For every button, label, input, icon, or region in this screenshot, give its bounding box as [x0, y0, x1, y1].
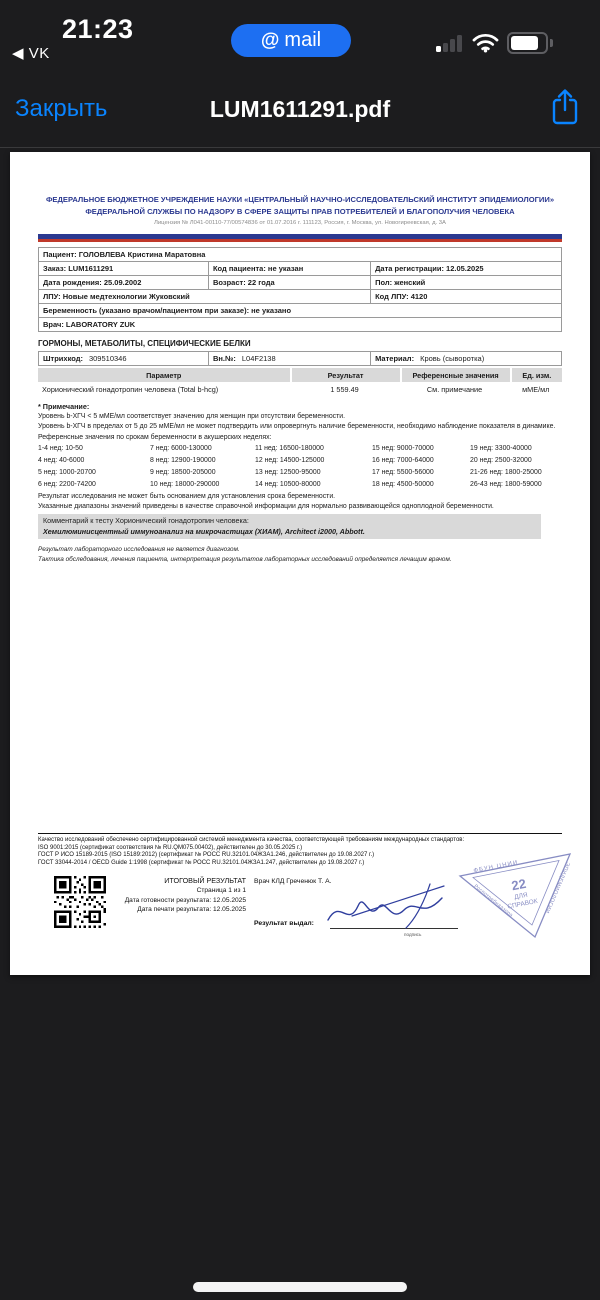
parameter-cell: Хорионический гонадотропин человека (Tot… — [38, 382, 290, 396]
home-indicator[interactable] — [193, 1282, 407, 1292]
table-row: Заказ: LUM1611291 Код пациента: не указа… — [39, 262, 562, 276]
status-time: 21:23 — [62, 14, 134, 45]
section-title: ГОРМОНЫ, МЕТАБОЛИТЫ, СПЕЦИФИЧЕСКИЕ БЕЛКИ — [38, 339, 562, 348]
page-info: Страница 1 из 1 — [116, 886, 246, 896]
internal-number-cell: Вн.№:L04F2138 — [208, 352, 370, 366]
ready-date: Дата готовности результата: 12.05.2025 — [116, 896, 246, 906]
material-cell: Материал:Кровь (сыворотка) — [371, 352, 562, 366]
organization-header: ФЕДЕРАЛЬНОЕ БЮДЖЕТНОЕ УЧРЕЖДЕНИЕ НАУКИ «… — [38, 194, 562, 217]
license-line: Лицензия № Л041-00110-77/00574836 от 01.… — [38, 220, 562, 226]
iphone-screen: 21:23 ◀ VK @ mail Закрыть — [0, 0, 600, 1300]
results-header-row: Параметр Результат Референсные значения … — [38, 368, 562, 382]
ref-range: 21-26 нед: 1800-25000 — [470, 467, 562, 479]
svg-text:Роспотребнадзора: Роспотребнадзора — [473, 883, 514, 918]
material-label: Материал: — [375, 354, 414, 363]
stamp-text-org: ФБУН ЦНИИ — [473, 860, 519, 875]
share-icon — [550, 88, 580, 126]
ref-range: 19 нед: 3300-40000 — [470, 443, 562, 455]
table-row: Врач: LABORATORY ZUK — [39, 318, 562, 332]
battery-icon — [507, 32, 548, 54]
ref-range: 18 нед: 4500-50000 — [372, 479, 470, 491]
ref-range: 1-4 нед: 10-50 — [38, 443, 150, 455]
note-line-2: Уровень b-ХГЧ в пределах от 5 до 25 мМЕ/… — [38, 422, 562, 431]
birth-date-cell: Дата рождения: 25.09.2002 — [39, 276, 209, 290]
barcode-cell: Штрихкод:309510346 — [39, 352, 209, 366]
lpu-code-cell: Код ЛПУ: 4120 — [371, 290, 562, 304]
ref-range: 5 нед: 1000-20700 — [38, 467, 150, 479]
pdf-viewer-toolbar: Закрыть LUM1611291.pdf — [0, 75, 600, 148]
material-value: Кровь (сыворотка) — [420, 354, 484, 363]
note-line-3: Референсные значения по срокам беременно… — [38, 433, 562, 442]
mail-at-icon: @ — [261, 30, 280, 52]
comment-title: Комментарий к тесту Хорионический гонадо… — [43, 516, 536, 527]
flag-red-band — [38, 239, 562, 242]
flag-stripe — [38, 234, 562, 242]
back-to-vk-chip[interactable]: ◀ VK — [12, 44, 50, 62]
ref-range: 8 нед: 12900-190000 — [150, 455, 255, 467]
patient-name-cell: Пациент: ГОЛОВЛЕВА Кристина Маратовна — [39, 248, 562, 262]
age-cell: Возраст: 22 года — [208, 276, 370, 290]
close-button[interactable]: Закрыть — [15, 95, 107, 123]
ref-range: 7 нед: 6000-130000 — [150, 443, 255, 455]
qr-code — [54, 876, 106, 928]
result-row: Хорионический гонадотропин человека (Tot… — [38, 382, 562, 396]
unit-cell: мМЕ/мл — [510, 382, 562, 396]
lpu-cell: ЛПУ: Новые медтехнологии Жуковский — [39, 290, 371, 304]
header-parameter: Параметр — [38, 368, 290, 382]
disclaimer-line-2: Тактика обследования, лечения пациента, … — [38, 555, 562, 564]
pregnancy-cell: Беременность (указано врачом/пациентом п… — [39, 304, 562, 318]
table-row: Штрихкод:309510346 Вн.№:L04F2138 Материа… — [39, 352, 562, 366]
note-title: * Примечание: — [38, 402, 562, 411]
sample-info-table: Штрихкод:309510346 Вн.№:L04F2138 Материа… — [38, 351, 562, 366]
header-unit: Ед. изм. — [510, 368, 562, 382]
triangle-stamp: ФБУН ЦНИИ ЭПИДЕМИОЛОГИИ Роспотребнадзора… — [450, 846, 582, 944]
reference-ranges-grid: 1-4 нед: 10-50 7 нед: 6000-130000 11 нед… — [38, 443, 562, 491]
disclaimer-line-1: Результат лабораторного исследования не … — [38, 545, 562, 554]
share-button[interactable] — [550, 88, 580, 129]
test-comment-box: Комментарий к тесту Хорионический гонадо… — [38, 514, 541, 539]
final-result-label: ИТОГОВЫЙ РЕЗУЛЬТАТ — [116, 876, 246, 886]
internal-number-label: Вн.№: — [213, 354, 236, 363]
ref-range: 12 нед: 14500-125000 — [255, 455, 372, 467]
ref-range: 26-43 нед: 1800-59000 — [470, 479, 562, 491]
issued-by-label: Результат выдал: — [254, 920, 314, 928]
note-line-1: Уровень b-ХГЧ < 5 мМЕ/мл соответствует з… — [38, 412, 562, 421]
doctor-cell: Врач: LABORATORY ZUK — [39, 318, 562, 332]
table-row: Пациент: ГОЛОВЛЕВА Кристина Маратовна — [39, 248, 562, 262]
mail-notification-pill[interactable]: @ mail — [231, 24, 351, 57]
ref-range: 10 нед: 18000-290000 — [150, 479, 255, 491]
wifi-icon — [472, 33, 499, 53]
table-row: Дата рождения: 25.09.2002 Возраст: 22 го… — [39, 276, 562, 290]
print-date: Дата печати результата: 12.05.2025 — [116, 905, 246, 915]
result-value-cell: 1 559.49 — [290, 382, 400, 396]
handwritten-signature — [318, 872, 468, 934]
disclaimer: Результат лабораторного исследования не … — [38, 545, 562, 564]
order-cell: Заказ: LUM1611291 — [39, 262, 209, 276]
ref-range: 9 нед: 18500-205000 — [150, 467, 255, 479]
internal-number-value: L04F2138 — [242, 354, 276, 363]
ref-range: 4 нед: 40-6000 — [38, 455, 150, 467]
ref-range: 11 нед: 16500-180000 — [255, 443, 372, 455]
sex-cell: Пол: женский — [371, 276, 562, 290]
results-table: Параметр Результат Референсные значения … — [38, 368, 562, 396]
note-line-5: Указанные диапазоны значений приведены в… — [38, 502, 562, 511]
table-row: Беременность (указано врачом/пациентом п… — [39, 304, 562, 318]
stamp-center-line2: СПРАВОК — [507, 898, 539, 911]
registration-date-cell: Дата регистрации: 12.05.2025 — [371, 262, 562, 276]
cert-intro: Качество исследований обеспечено сертифи… — [38, 837, 562, 845]
document-footer: Качество исследований обеспечено сертифи… — [38, 833, 562, 928]
ref-range: 6 нед: 2200-74200 — [38, 479, 150, 491]
status-icons — [436, 32, 548, 54]
org-line-2: ФЕДЕРАЛЬНОЙ СЛУЖБЫ ПО НАДЗОРУ В СФЕРЕ ЗА… — [38, 206, 562, 218]
header-reference: Референсные значения — [400, 368, 510, 382]
ref-range: 13 нед: 12500-95000 — [255, 467, 372, 479]
barcode-value: 309510346 — [89, 354, 127, 363]
svg-text:ФБУН ЦНИИ: ФБУН ЦНИИ — [473, 860, 519, 875]
org-line-1: ФЕДЕРАЛЬНОЕ БЮДЖЕТНОЕ УЧРЕЖДЕНИЕ НАУКИ «… — [38, 194, 562, 206]
reference-cell: См. примечание — [400, 382, 510, 396]
comment-body: Хемилюминисцентный иммуноанализ на микро… — [43, 527, 536, 538]
table-row: ЛПУ: Новые медтехнологии Жуковский Код Л… — [39, 290, 562, 304]
stamp-number: 22 — [510, 876, 527, 893]
ref-range: 16 нед: 7000-64000 — [372, 455, 470, 467]
cellular-signal-icon — [436, 34, 464, 53]
pdf-page[interactable]: ФЕДЕРАЛЬНОЕ БЮДЖЕТНОЕ УЧРЕЖДЕНИЕ НАУКИ «… — [10, 152, 590, 975]
note-line-4: Результат исследования не может быть осн… — [38, 492, 562, 501]
ref-range: 14 нед: 10500-80000 — [255, 479, 372, 491]
document-title: LUM1611291.pdf — [100, 96, 500, 123]
ref-range: 17 нед: 5500-56000 — [372, 467, 470, 479]
final-result-block: ИТОГОВЫЙ РЕЗУЛЬТАТ Страница 1 из 1 Дата … — [116, 876, 246, 928]
patient-info-table: Пациент: ГОЛОВЛЕВА Кристина Маратовна За… — [38, 247, 562, 332]
ref-range: 15 нед: 9000-70000 — [372, 443, 470, 455]
header-result: Результат — [290, 368, 400, 382]
patient-code-cell: Код пациента: не указан — [208, 262, 370, 276]
mail-pill-label: mail — [284, 29, 321, 52]
barcode-label: Штрихкод: — [43, 354, 83, 363]
ref-range: 20 нед: 2500-32000 — [470, 455, 562, 467]
stamp-text-rospotrebnadzor: Роспотребнадзора — [473, 883, 514, 918]
